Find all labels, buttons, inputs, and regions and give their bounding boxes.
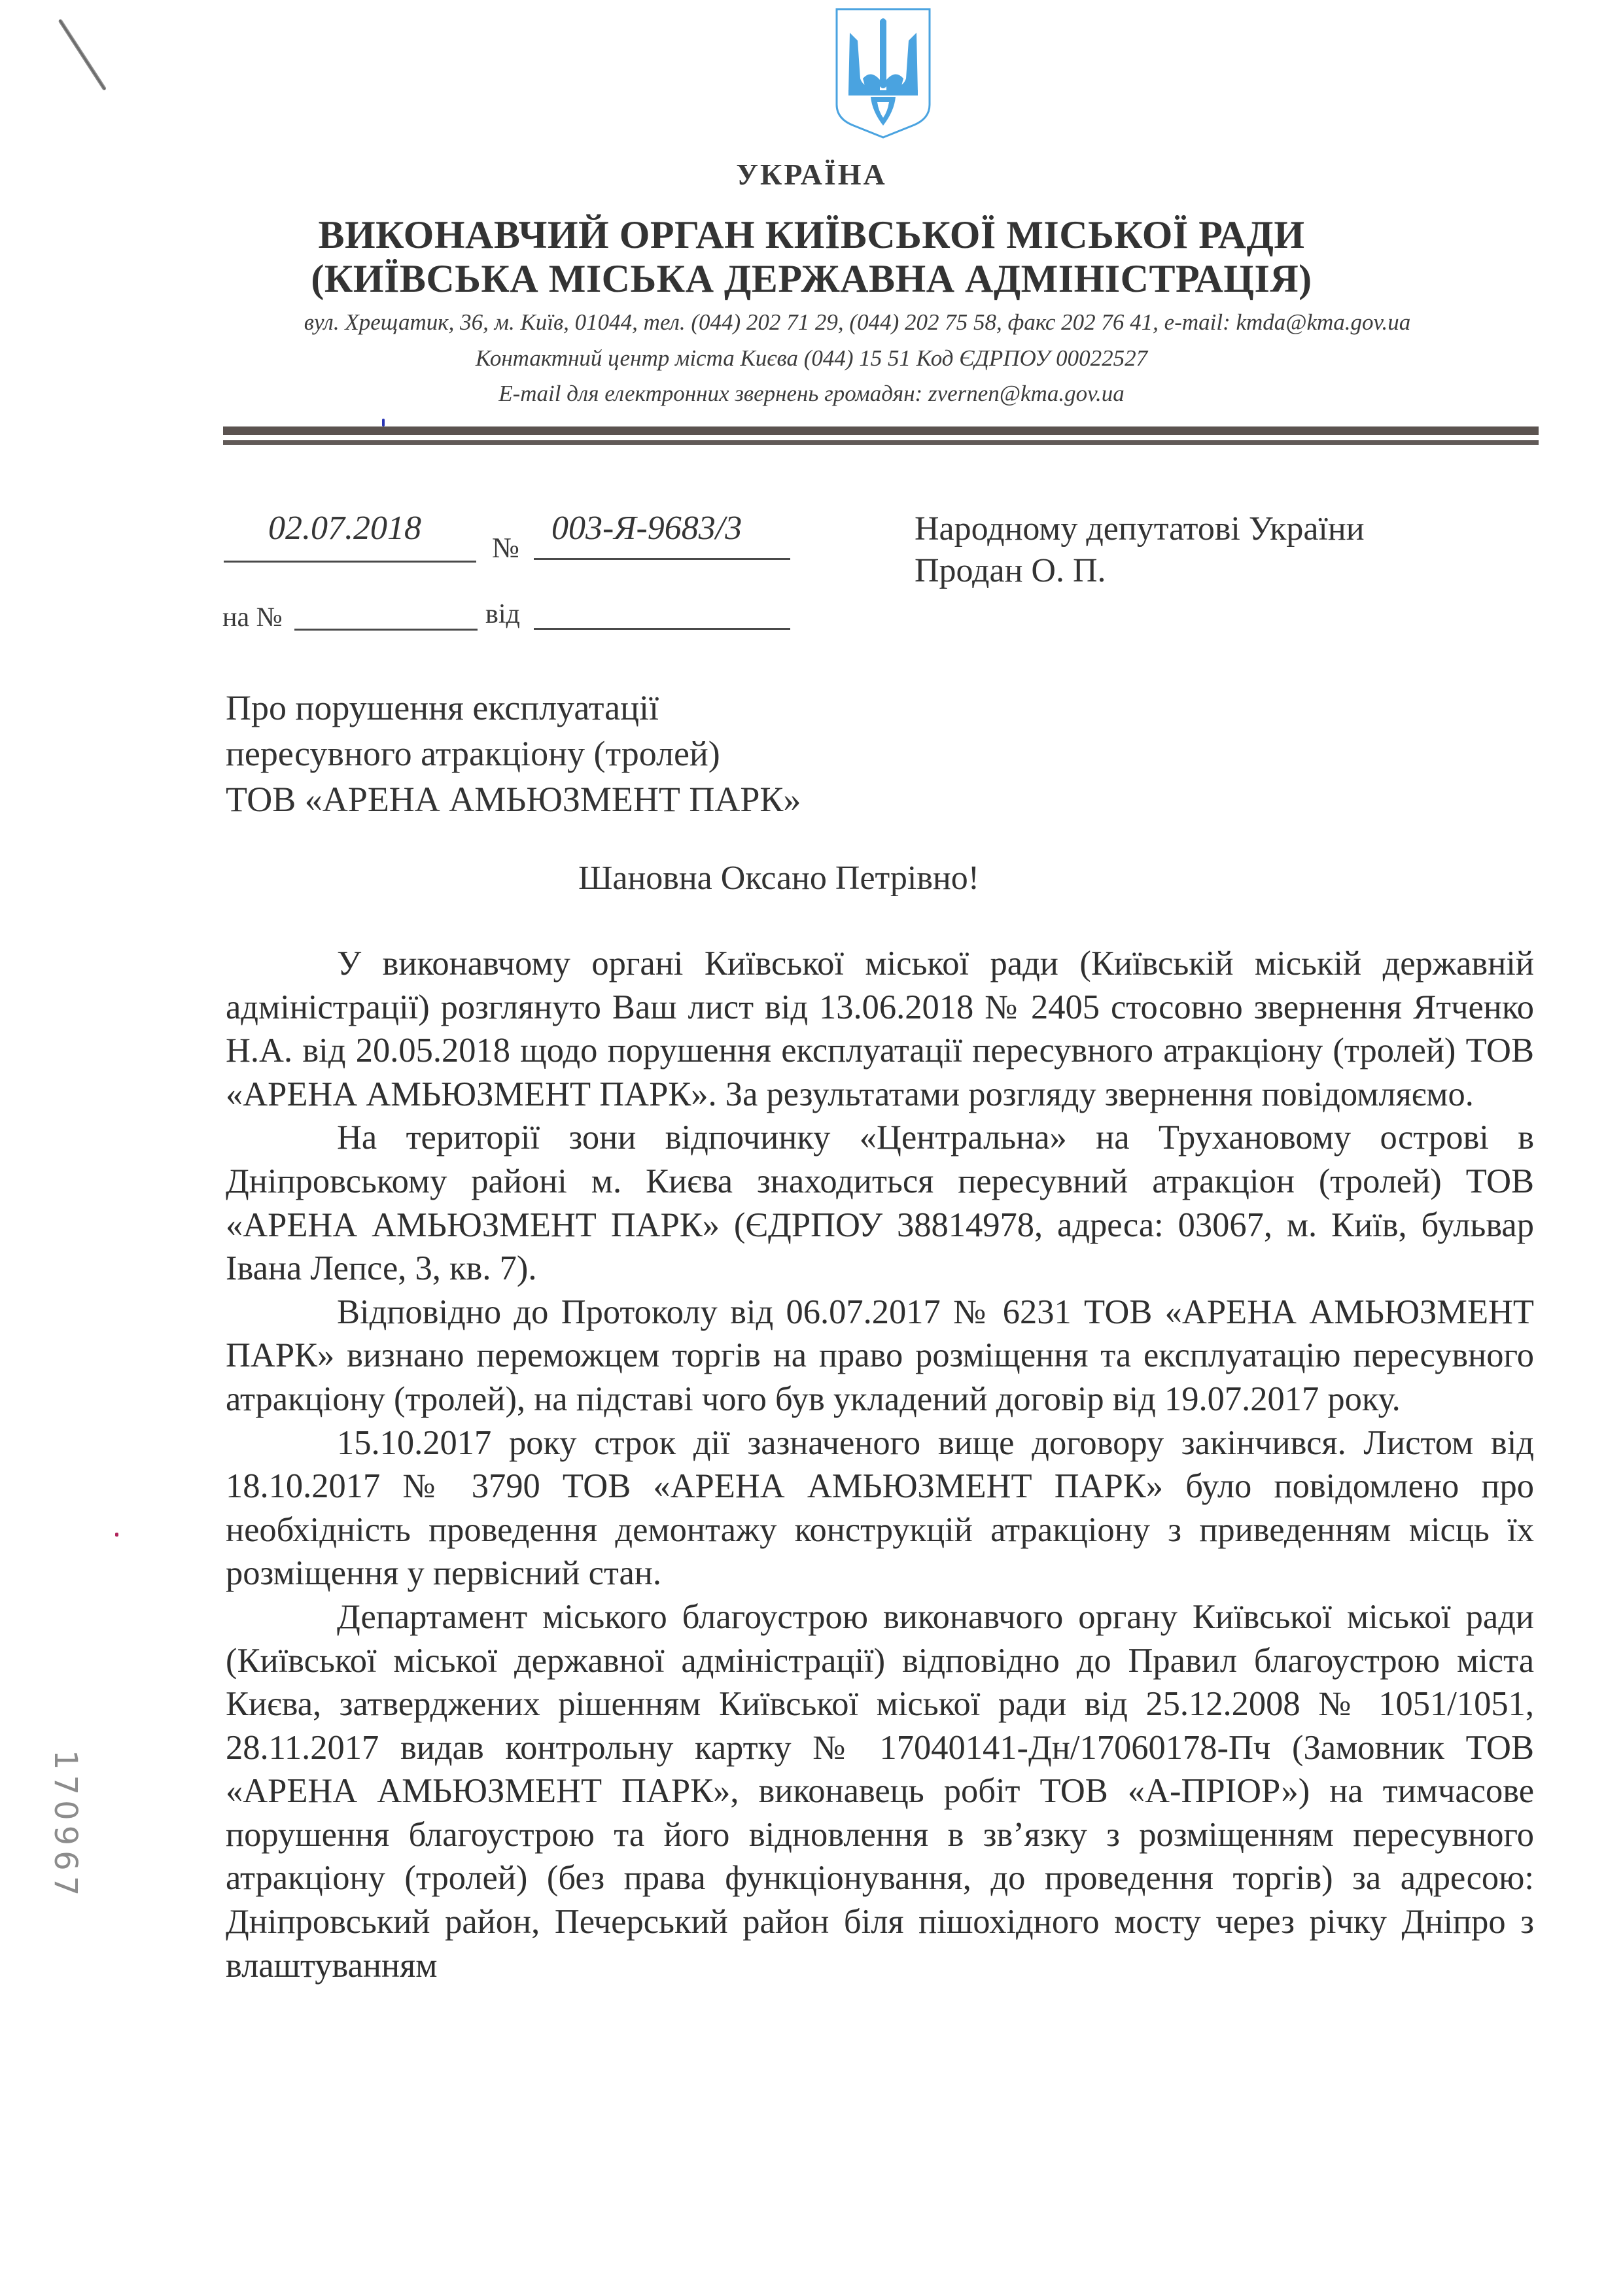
- body-paragraph: 15.10.2017 року строк дії зазначеного ви…: [226, 1421, 1534, 1595]
- salutation-text: Шановна Оксано Петрівно!: [578, 860, 979, 897]
- organization-subtitle: (КИЇВСЬКА МІСЬКА ДЕРЖАВНА АДМІНІСТРАЦІЯ): [0, 256, 1623, 302]
- subject-line: ТОВ «АРЕНА АМЬЮЗМЕНТ ПАРК»: [226, 776, 801, 822]
- body-paragraph: Відповідно до Протоколу від 06.07.2017 №…: [226, 1291, 1534, 1421]
- ink-mark: [382, 419, 385, 426]
- page-stamp-number: 170967: [47, 1750, 84, 1901]
- staple-mark: [58, 18, 107, 91]
- date-underline: [224, 561, 476, 563]
- letter-page: УКРАЇНА ВИКОНАВЧИЙ ОРГАН КИЇВСЬКОЇ МІСЬК…: [0, 0, 1623, 2296]
- header-rule-thick: [223, 426, 1539, 435]
- contact-email: E-mail для електронних звернень громадян…: [0, 381, 1623, 407]
- body-paragraph: Департамент міського благоустрою виконав…: [226, 1595, 1534, 1987]
- reply-from-label: від: [485, 599, 520, 630]
- contact-center: Контактний центр міста Києва (044) 15 51…: [0, 345, 1623, 372]
- subject-line: Про порушення експлуатації: [226, 685, 801, 731]
- body-paragraph: У виконавчому органі Київської міської р…: [226, 942, 1534, 1116]
- addressee-title: Народному депутатові України: [915, 508, 1365, 550]
- addressee: Народному депутатові України Продан О. П…: [915, 508, 1365, 592]
- outgoing-date: 02.07.2018: [268, 509, 421, 548]
- salutation: Шановна Оксано Петрівно!: [0, 859, 1623, 897]
- outgoing-number: 003-Я-9683/3: [551, 509, 742, 548]
- ink-mark: [115, 1533, 118, 1537]
- subject-line: пересувного атракціону (тролей): [226, 731, 801, 776]
- letter-subject: Про порушення експлуатації пересувного а…: [226, 685, 801, 822]
- reply-to-underline: [294, 629, 478, 631]
- country-title: УКРАЇНА: [0, 157, 1623, 192]
- reply-to-label: на №: [222, 602, 283, 633]
- contact-address: вул. Хрещатик, 36, м. Київ, 01044, тел. …: [46, 309, 1623, 336]
- trident-coat-of-arms-icon: [834, 7, 932, 141]
- organization-title: ВИКОНАВЧИЙ ОРГАН КИЇВСЬКОЇ МІСЬКОЇ РАДИ: [0, 213, 1623, 258]
- reply-from-underline: [534, 628, 790, 630]
- addressee-name: Продан О. П.: [915, 550, 1365, 592]
- number-underline: [534, 558, 790, 560]
- header-rule-thin: [223, 440, 1539, 445]
- number-label: №: [492, 531, 519, 565]
- letter-body: У виконавчому органі Київської міської р…: [226, 942, 1534, 1987]
- body-paragraph: На території зони відпочинку «Центральна…: [226, 1116, 1534, 1290]
